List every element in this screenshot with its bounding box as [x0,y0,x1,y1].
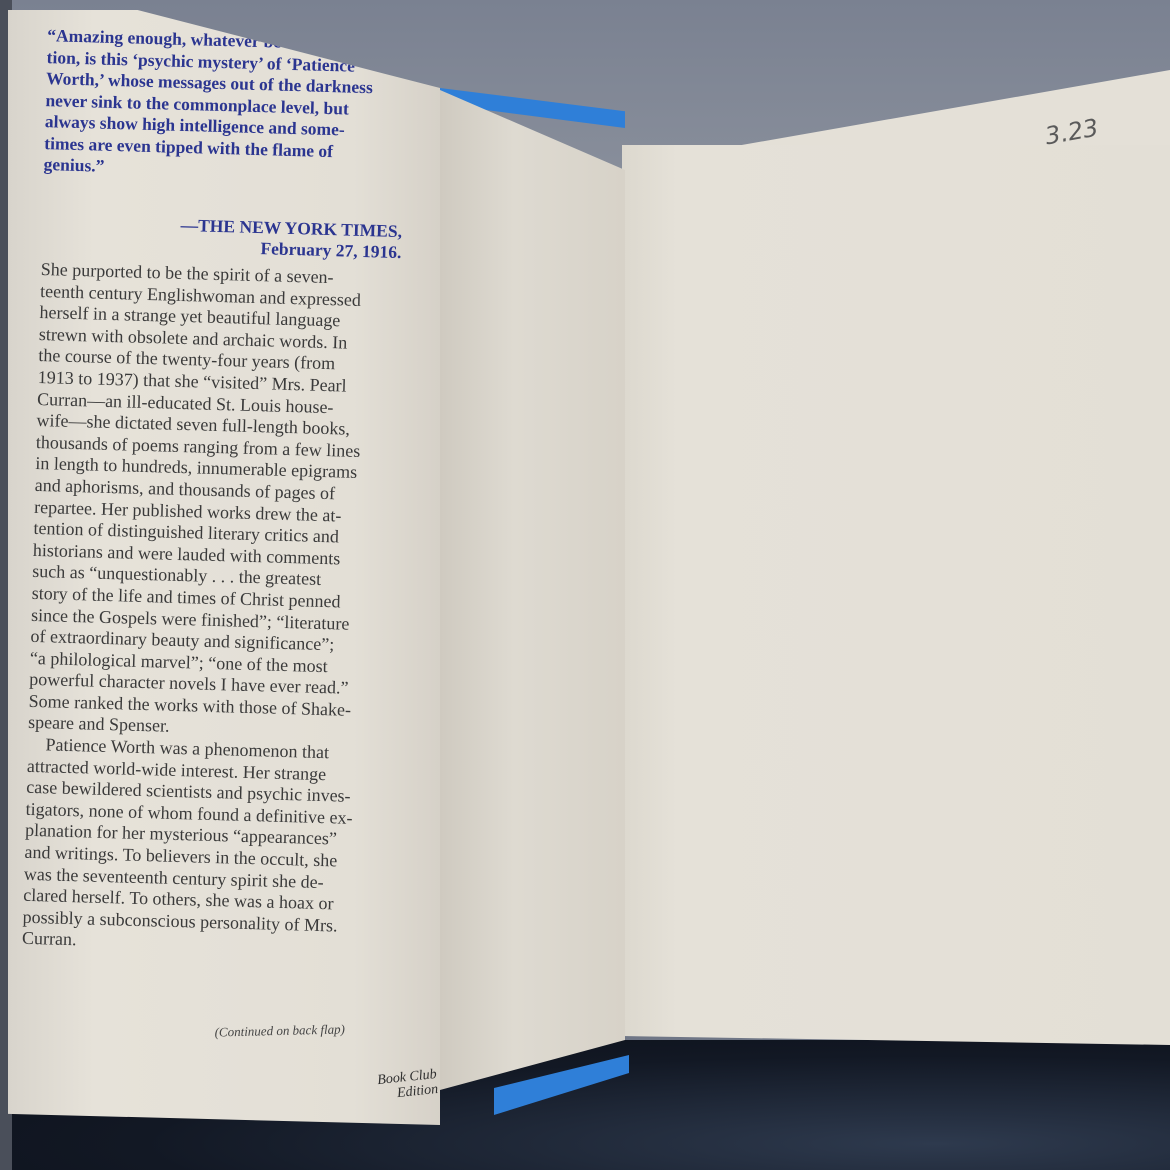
spine-inner-paper [440,90,625,1090]
book-club-edition-label: Book Club Edition [377,1067,439,1103]
quote-attribution: —THE NEW YORK TIMES, February 27, 1916. [151,214,402,263]
dust-jacket-flap: “Amazing enough, whatever be its explana… [8,10,440,1125]
continued-note: (Continued on back flap) [214,1021,345,1040]
flap-description: She purported to be the spirit of a seve… [22,259,411,960]
endpaper-page [622,145,1170,1045]
